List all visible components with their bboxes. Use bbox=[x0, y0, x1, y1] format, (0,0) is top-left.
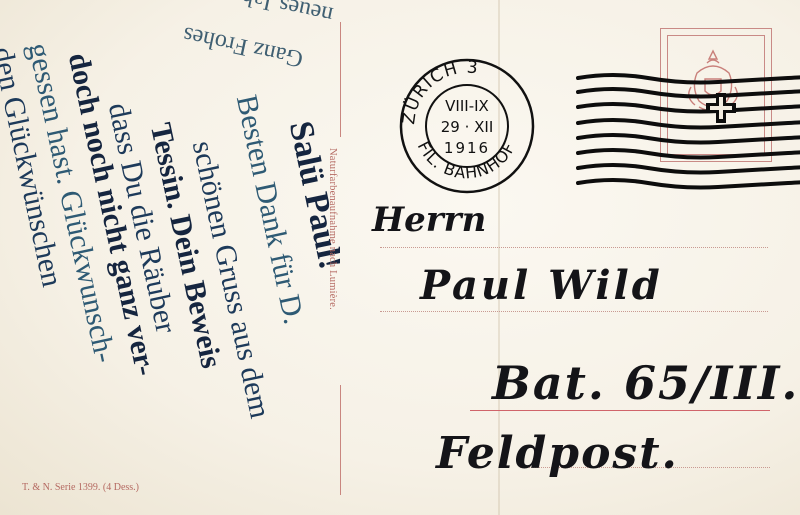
divider-line bbox=[340, 22, 341, 137]
svg-text:29 · XII: 29 · XII bbox=[441, 118, 494, 136]
wavy-cancellation bbox=[572, 55, 800, 190]
message-line-inverted: Ganz Frohes bbox=[181, 20, 306, 72]
divider-line bbox=[340, 385, 341, 495]
address-service: Feldpost. bbox=[436, 428, 679, 479]
postcard: Salü Paul! Besten Dank für D. schönen Gr… bbox=[0, 0, 800, 515]
message-line-inverted: neues Jahr winscht Dir bbox=[116, 0, 336, 28]
svg-text:VIII-IX: VIII-IX bbox=[445, 97, 489, 115]
address-line bbox=[380, 247, 768, 248]
address-unit: Bat. 65/III. bbox=[492, 356, 799, 410]
postmark: ZÜRICH 3 FIL. BAHNHOF VIII-IX 29 · XII 1… bbox=[396, 55, 538, 197]
message-area: Salü Paul! Besten Dank für D. schönen Gr… bbox=[0, 0, 340, 515]
svg-text:1916: 1916 bbox=[444, 139, 490, 157]
series-imprint: T. & N. Serie 1399. (4 Dess.) bbox=[22, 482, 139, 493]
address-line bbox=[470, 410, 770, 411]
address-line bbox=[380, 311, 768, 312]
imprint-caption: Naturfarbenaufnahme nach Lumière. bbox=[327, 148, 338, 310]
address-name: Paul Wild bbox=[420, 262, 663, 309]
address-salutation: Herrn bbox=[372, 200, 486, 240]
